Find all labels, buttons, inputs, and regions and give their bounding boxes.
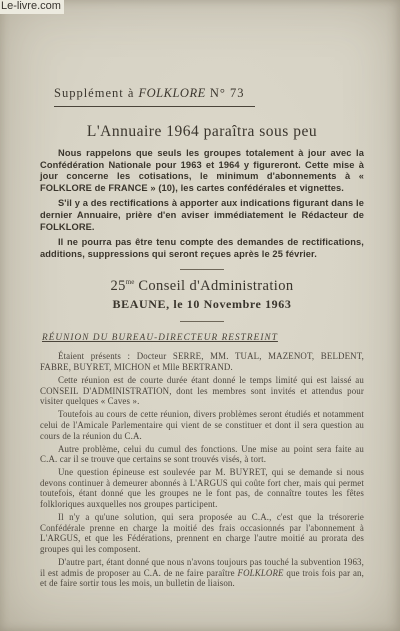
council-location-date: BEAUNE, le 10 Novembre 1963 xyxy=(40,297,364,312)
supplement-header-post: N° 73 xyxy=(206,86,245,100)
meeting-paragraph-7: D'autre part, étant donné que nous n'avo… xyxy=(40,557,364,589)
supplement-header: Supplément à FOLKLORE N° 73 xyxy=(40,84,364,107)
council-title: 25me Conseil d'Administration xyxy=(40,278,364,295)
divider-rule-bottom xyxy=(180,321,224,322)
meeting-section-heading: RÉUNION DU BUREAU-DIRECTEUR RESTREINT xyxy=(42,332,364,342)
meeting-paragraph-1: Étaient présents : Docteur SERRE, MM. TU… xyxy=(40,351,364,372)
meeting-paragraph-4: Autre problème, celui du cumul des fonct… xyxy=(40,444,364,465)
meeting-paragraph-3: Toutefois au cours de cette réunion, div… xyxy=(40,409,364,441)
journal-name-italic: FOLKLORE xyxy=(238,568,284,578)
meeting-paragraph-6: Il n'y a qu'une solution, qui sera propo… xyxy=(40,512,364,554)
supplement-header-text: Supplément à FOLKLORE N° 73 xyxy=(54,86,255,107)
divider-rule-top xyxy=(180,269,224,270)
supplement-header-pre: Supplément à xyxy=(54,86,139,100)
meeting-paragraph-5: Une question épineuse est soulevée par M… xyxy=(40,467,364,509)
scanned-page: Le-livre.com Supplément à FOLKLORE N° 73… xyxy=(0,0,400,631)
meeting-paragraph-2: Cette réunion est de courte durée étant … xyxy=(40,375,364,407)
council-title-text: Conseil d'Administration xyxy=(134,278,293,294)
annuaire-title: L'Annuaire 1964 paraîtra sous peu xyxy=(40,123,364,141)
journal-name: FOLKLORE xyxy=(139,86,206,100)
annuaire-paragraph-2: S'il y a des rectifications à apporter a… xyxy=(40,198,364,233)
page-content: Supplément à FOLKLORE N° 73 L'Annuaire 1… xyxy=(0,0,400,591)
council-number: 25 xyxy=(110,278,125,294)
annuaire-paragraph-3: Il ne pourra pas être tenu compte des de… xyxy=(40,237,364,260)
annuaire-paragraph-1: Nous rappelons que seuls les groupes tot… xyxy=(40,148,364,194)
